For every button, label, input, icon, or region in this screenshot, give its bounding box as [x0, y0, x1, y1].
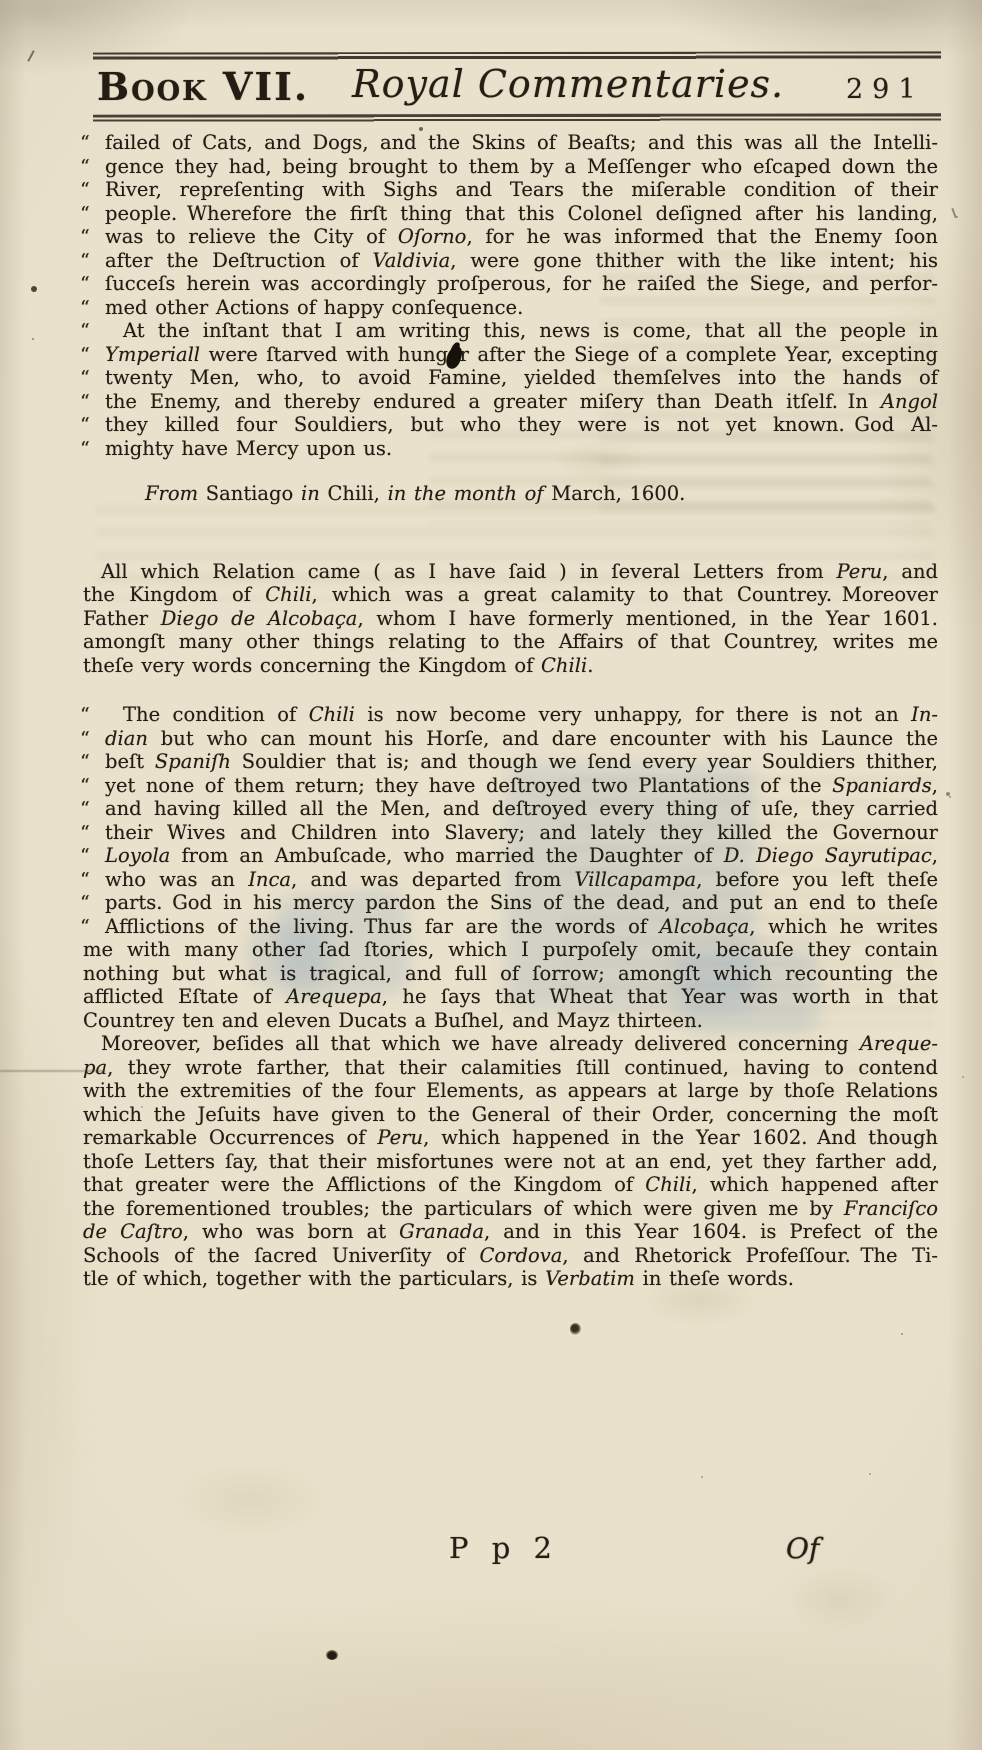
- line-segments: afflicted Eſtate of Arequepa, he ſays th…: [83, 985, 938, 1008]
- text-segment: , he ſays that Wheat that Year was worth…: [382, 985, 938, 1008]
- italic-segment: Chili: [309, 703, 355, 726]
- line-segments: River, repreſenting with Sighs and Tears…: [105, 178, 938, 201]
- text-segment: and having killed all the Men, and deſtr…: [105, 797, 938, 820]
- margin-mark: [946, 792, 950, 796]
- text-segment: , which happened in the Year 1602. And t…: [423, 1126, 938, 1149]
- text-line: afflicted Eſtate of Arequepa, he ſays th…: [83, 985, 938, 1009]
- line-segments: gence they had, being brought to them by…: [105, 155, 938, 178]
- quote-mark: “: [80, 203, 89, 227]
- text-segment: nothing but what is tragical, and full o…: [83, 962, 938, 985]
- text-line: Countrey ten and eleven Ducats a Buſhel,…: [83, 1009, 938, 1033]
- text-line: “and having killed all the Men, and deſt…: [83, 797, 938, 821]
- line-segments: theſe very words concerning the Kingdom …: [83, 654, 593, 677]
- text-line: “Loyola from an Ambuſcade, who married t…: [83, 844, 938, 868]
- quote-mark: “: [80, 344, 89, 368]
- text-segment: River, repreſenting with Sighs and Tears…: [105, 178, 938, 201]
- line-segments: people. Wherefore the firſt thing that t…: [105, 202, 938, 225]
- text-segment: , and was departed from: [291, 868, 574, 891]
- line-segments: with the extremities of the four Element…: [83, 1079, 938, 1102]
- ink-spot: [570, 1323, 581, 1335]
- text-segment: amongſt many other things relating to th…: [83, 630, 938, 653]
- line-segments: From Santiago in Chili, in the month of …: [145, 482, 685, 505]
- line-segments: which the Jeſuits have given to the Gene…: [83, 1103, 938, 1126]
- text-segment: parts. God in his mercy pardon the Sins …: [105, 891, 938, 914]
- text-line: “Ymperiall were ſtarved with hunger afte…: [83, 343, 938, 367]
- text-segment: was to relieve the City of: [105, 225, 398, 248]
- line-segments: beſt Spaniſh Souldier that is; and thoug…: [105, 750, 938, 773]
- text-line: “after the Deſtruction of Valdivia, were…: [83, 249, 938, 273]
- text-line: “mighty have Mercy upon us.: [83, 437, 938, 461]
- line-segments: parts. God in his mercy pardon the Sins …: [105, 891, 938, 914]
- margin-mark: [27, 50, 34, 62]
- italic-segment: Valdivia: [372, 249, 450, 272]
- quoted-letter-chili: “The condition of Chili is now become ve…: [83, 703, 938, 1032]
- quote-mark: “: [80, 414, 89, 438]
- text-line: From Santiago in Chili, in the month of …: [145, 482, 938, 506]
- text-line: “people. Wherefore the firſt thing that …: [83, 202, 938, 226]
- text-line: “At the inſtant that I am writing this, …: [83, 319, 938, 343]
- text-segment: , were gone thither with the like intent…: [450, 249, 938, 272]
- text-line: thoſe Letters ſay, that their misfortune…: [83, 1150, 938, 1174]
- text-segment: med other Actions of happy conſequence.: [105, 296, 523, 319]
- quote-mark: “: [80, 297, 89, 321]
- text-line: the Kingdom of Chili, which was a great …: [83, 583, 938, 607]
- italic-segment: Cordova: [480, 1244, 563, 1267]
- italic-segment: Oſorno: [398, 225, 467, 248]
- text-segment: that greater were the Afflictions of the…: [83, 1173, 645, 1196]
- quote-mark: “: [80, 869, 89, 893]
- quote-mark: “: [80, 367, 89, 391]
- text-segment: ,: [932, 774, 938, 797]
- italic-segment: Diego de Alcobaça: [161, 607, 358, 630]
- line-segments: Schools of the ſacred Univerſity of Cord…: [83, 1244, 938, 1267]
- quote-mark: “: [80, 132, 89, 156]
- line-segments: Countrey ten and eleven Ducats a Buſhel,…: [83, 1009, 703, 1032]
- text-line: nothing but what is tragical, and full o…: [83, 962, 938, 986]
- text-segment: All which Relation came ( as I have ſaid…: [101, 560, 837, 583]
- ink-spot: [326, 1650, 338, 1660]
- quote-mark: “: [80, 179, 89, 203]
- margin-dot: [31, 286, 37, 292]
- line-segments: nothing but what is tragical, and full o…: [83, 962, 938, 985]
- italic-segment: in the month of: [388, 482, 544, 505]
- text-line: “was to relieve the City of Oſorno, for …: [83, 225, 938, 249]
- line-segments: after the Deſtruction of Valdivia, were …: [105, 249, 938, 272]
- line-segments: All which Relation came ( as I have ſaid…: [83, 560, 938, 583]
- text-line: Schools of the ſacred Univerſity of Cord…: [83, 1244, 938, 1268]
- text-line: theſe very words concerning the Kingdom …: [83, 654, 938, 678]
- paper-crease: [0, 1070, 105, 1072]
- text-segment: yet none of them return; they have deſtr…: [105, 774, 832, 797]
- text-line: amongſt many other things relating to th…: [83, 630, 938, 654]
- text-segment: they killed four Souldiers, but who they…: [105, 413, 938, 436]
- italic-segment: Arequepa: [286, 985, 382, 1008]
- text-line: remarkable Occurrences of Peru, which ha…: [83, 1126, 938, 1150]
- text-line: “twenty Men, who, to avoid Famine, yield…: [83, 366, 938, 390]
- quote-mark: “: [80, 845, 89, 869]
- relation-summary: All which Relation came ( as I have ſaid…: [83, 560, 938, 678]
- text-segment: Chili,: [320, 482, 388, 505]
- text-segment: ,: [932, 844, 938, 867]
- text-segment: their Wives and Children into Slavery; a…: [105, 821, 938, 844]
- quote-mark: “: [80, 704, 89, 728]
- quote-mark: “: [80, 751, 89, 775]
- book-label: Book VII.: [97, 64, 309, 109]
- line-segments: tle of which, together with the particul…: [83, 1267, 794, 1290]
- text-line: “parts. God in his mercy pardon the Sins…: [83, 891, 938, 915]
- line-segments: twenty Men, who, to avoid Famine, yielde…: [105, 366, 938, 389]
- italic-segment: Spaniards: [832, 774, 932, 797]
- text-segment: is now become very unhappy, for there is…: [355, 703, 911, 726]
- text-segment: afflicted Eſtate of: [83, 985, 286, 1008]
- italic-segment: Alcobaça: [660, 915, 750, 938]
- line-segments: Moreover, beſides all that which we have…: [83, 1032, 938, 1055]
- text-line: “beſt Spaniſh Souldier that is; and thou…: [83, 750, 938, 774]
- line-segments: failed of Cats, and Dogs, and the Skins …: [105, 131, 938, 154]
- italic-segment: Inca: [248, 868, 291, 891]
- text-line: “River, repreſenting with Sighs and Tear…: [83, 178, 938, 202]
- text-segment: , which was a great calamity to that Cou…: [311, 583, 938, 606]
- text-segment: ſucceſs herein was accordingly proſperou…: [105, 272, 938, 295]
- italic-segment: From: [145, 482, 198, 505]
- text-segment: Father: [83, 607, 161, 630]
- quote-mark: “: [80, 728, 89, 752]
- text-segment: , whom I have formerly mentioned, in the…: [357, 607, 938, 630]
- line-segments: and having killed all the Men, and deſtr…: [105, 797, 938, 820]
- line-segments: remarkable Occurrences of Peru, which ha…: [83, 1126, 938, 1149]
- text-segment: gence they had, being brought to them by…: [105, 155, 938, 178]
- italic-segment: Peru: [377, 1126, 423, 1149]
- line-segments: thoſe Letters ſay, that their misfortune…: [83, 1150, 938, 1173]
- arequepa-moreover: Moreover, beſides all that which we have…: [83, 1032, 938, 1291]
- italic-segment: Angol: [881, 390, 938, 413]
- text-segment: Santiago: [198, 482, 301, 505]
- line-segments: they killed four Souldiers, but who they…: [105, 413, 938, 436]
- italic-segment: Chili: [541, 654, 587, 677]
- italic-segment: Granada: [399, 1220, 484, 1243]
- line-segments: who was an Inca, and was departed from V…: [105, 868, 938, 891]
- text-segment: , and Rhetorick Profeſſour. The Ti-: [562, 1244, 938, 1267]
- text-line: “the Enemy, and thereby endured a greate…: [83, 390, 938, 414]
- italic-segment: Villcapampa: [574, 868, 696, 891]
- text-segment: The condition of: [123, 703, 309, 726]
- text-line: Father Diego de Alcobaça, whom I have fo…: [83, 607, 938, 631]
- line-segments: me with many other ſad ſtories, which I …: [83, 938, 938, 961]
- text-segment: the forementioned troubles; the particul…: [83, 1197, 844, 1220]
- text-line: me with many other ſad ſtories, which I …: [83, 938, 938, 962]
- line-segments: de Caſtro, who was born at Granada, and …: [83, 1220, 938, 1243]
- text-line: All which Relation came ( as I have ſaid…: [83, 560, 938, 584]
- text-line: “they killed four Souldiers, but who the…: [83, 413, 938, 437]
- text-segment: .: [587, 654, 593, 677]
- text-segment: , they wrote farther, that their calamit…: [107, 1056, 938, 1079]
- book-page-scan: Book VII. Royal Commentaries. 291 “faile…: [0, 0, 982, 1750]
- italic-segment: Verbatim: [545, 1267, 635, 1290]
- text-segment: Schools of the ſacred Univerſity of: [83, 1244, 480, 1267]
- text-segment: from an Ambuſcade, who married the Daugh…: [170, 844, 723, 867]
- margin-mark: [951, 208, 956, 218]
- italic-segment: de Caſtro: [83, 1220, 183, 1243]
- text-segment: , who was born at: [183, 1220, 399, 1243]
- text-line: “yet none of them return; they have deſt…: [83, 774, 938, 798]
- line-segments: dian but who can mount his Horſe, and da…: [105, 727, 938, 750]
- italic-segment: Peru: [837, 560, 883, 583]
- italic-segment: in: [301, 482, 320, 505]
- text-line: pa, they wrote farther, that their calam…: [83, 1056, 938, 1080]
- line-segments: Afflictions of the living. Thus far are …: [105, 915, 938, 938]
- line-segments: mighty have Mercy upon us.: [105, 437, 392, 460]
- text-segment: theſe very words concerning the Kingdom …: [83, 654, 541, 677]
- text-segment: mighty have Mercy upon us.: [105, 437, 392, 460]
- line-segments: their Wives and Children into Slavery; a…: [105, 821, 938, 844]
- text-segment: but who can mount his Horſe, and dare en…: [148, 727, 938, 750]
- text-segment: failed of Cats, and Dogs, and the Skins …: [105, 131, 938, 154]
- line-segments: the Enemy, and thereby endured a greater…: [105, 390, 938, 413]
- quote-mark: “: [80, 391, 89, 415]
- text-line: “who was an Inca, and was departed from …: [83, 868, 938, 892]
- text-segment: in theſe words.: [635, 1267, 794, 1290]
- text-segment: , and: [882, 560, 938, 583]
- text-segment: which the Jeſuits have given to the Gene…: [83, 1103, 938, 1126]
- text-segment: , which happened after: [691, 1173, 938, 1196]
- italic-segment: dian: [105, 727, 148, 750]
- line-segments: At the inſtant that I am writing this, n…: [105, 319, 938, 342]
- text-segment: thoſe Letters ſay, that their misfortune…: [83, 1150, 938, 1173]
- header-rule-top: [93, 51, 941, 60]
- line-segments: was to relieve the City of Oſorno, for h…: [105, 225, 938, 248]
- paper-specks: [419, 127, 423, 131]
- text-segment: Afflictions of the living. Thus far are …: [105, 915, 660, 938]
- text-line: “dian but who can mount his Horſe, and d…: [83, 727, 938, 751]
- line-segments: Loyola from an Ambuſcade, who married th…: [105, 844, 938, 867]
- dateline: From Santiago in Chili, in the month of …: [145, 482, 938, 506]
- quote-mark: “: [80, 822, 89, 846]
- text-segment: tle of which, together with the particul…: [83, 1267, 545, 1290]
- italic-segment: Chili: [645, 1173, 691, 1196]
- quote-mark: “: [80, 438, 89, 462]
- text-segment: Souldier that is; and though we ſend eve…: [231, 750, 938, 773]
- quote-mark: “: [80, 892, 89, 916]
- header-rule-bottom: [93, 113, 941, 122]
- italic-segment: Spaniſh: [155, 750, 231, 773]
- italic-segment: pa: [83, 1056, 107, 1079]
- text-line: tle of which, together with the particul…: [83, 1267, 938, 1291]
- text-segment: the Enemy, and thereby endured a greater…: [105, 390, 881, 413]
- signature-mark: P p 2: [449, 1531, 559, 1565]
- italic-segment: In-: [911, 703, 938, 726]
- text-segment: , for he was informed that the Enemy ſoo…: [466, 225, 938, 248]
- text-segment: Countrey ten and eleven Ducats a Buſhel,…: [83, 1009, 703, 1032]
- text-line: which the Jeſuits have given to the Gene…: [83, 1103, 938, 1127]
- text-line: de Caſtro, who was born at Granada, and …: [83, 1220, 938, 1244]
- quote-mark: “: [80, 320, 89, 344]
- text-segment: , before you left theſe: [696, 868, 938, 891]
- text-segment: with the extremities of the four Element…: [83, 1079, 938, 1102]
- catchword: Of: [786, 1532, 819, 1565]
- italic-segment: Franciſco: [844, 1197, 938, 1220]
- italic-segment: Areque-: [860, 1032, 938, 1055]
- line-segments: amongſt many other things relating to th…: [83, 630, 938, 653]
- text-segment: twenty Men, who, to avoid Famine, yielde…: [105, 366, 938, 389]
- quote-mark: “: [80, 226, 89, 250]
- text-segment: , which he writes: [749, 915, 938, 938]
- quote-mark: “: [80, 250, 89, 274]
- text-line: “their Wives and Children into Slavery; …: [83, 821, 938, 845]
- line-segments: med other Actions of happy conſequence.: [105, 296, 523, 319]
- text-segment: were ſtarved with hunger after the Siege…: [200, 343, 938, 366]
- line-segments: the Kingdom of Chili, which was a great …: [83, 583, 938, 606]
- line-segments: yet none of them return; they have deſtr…: [105, 774, 938, 797]
- running-title: Royal Commentaries.: [352, 62, 784, 106]
- italic-segment: Loyola: [105, 844, 170, 867]
- text-segment: me with many other ſad ſtories, which I …: [83, 938, 938, 961]
- text-segment: the Kingdom of: [83, 583, 265, 606]
- line-segments: that greater were the Afflictions of the…: [83, 1173, 938, 1196]
- text-line: with the extremities of the four Element…: [83, 1079, 938, 1103]
- text-segment: March, 1600.: [544, 482, 686, 505]
- quote-mark: “: [80, 273, 89, 297]
- text-segment: remarkable Occurrences of: [83, 1126, 377, 1149]
- text-line: that greater were the Afflictions of the…: [83, 1173, 938, 1197]
- quote-mark: “: [80, 916, 89, 940]
- text-segment: people. Wherefore the firſt thing that t…: [105, 202, 938, 225]
- page-number: 291: [846, 74, 925, 105]
- italic-segment: Chili: [265, 583, 311, 606]
- quote-mark: “: [80, 798, 89, 822]
- text-line: “med other Actions of happy conſequence.: [83, 296, 938, 320]
- quoted-letter-continuation: “failed of Cats, and Dogs, and the Skins…: [83, 131, 938, 319]
- text-segment: who was an: [105, 868, 248, 891]
- text-line: “The condition of Chili is now become ve…: [83, 703, 938, 727]
- text-segment: , and in this Year 1604. is Prefect of t…: [484, 1220, 938, 1243]
- quote-mark: “: [80, 775, 89, 799]
- text-line: the forementioned troubles; the particul…: [83, 1197, 938, 1221]
- text-line: “Afflictions of the living. Thus far are…: [83, 915, 938, 939]
- text-line: Moreover, beſides all that which we have…: [83, 1032, 938, 1056]
- line-segments: Ymperiall were ſtarved with hunger after…: [105, 343, 938, 366]
- text-segment: Moreover, beſides all that which we have…: [101, 1032, 860, 1055]
- line-segments: The condition of Chili is now become ver…: [105, 703, 938, 726]
- line-segments: Father Diego de Alcobaça, whom I have fo…: [83, 607, 938, 630]
- line-segments: ſucceſs herein was accordingly proſperou…: [105, 272, 938, 295]
- text-segment: At the inſtant that I am writing this, n…: [123, 319, 938, 342]
- text-line: “ſucceſs herein was accordingly proſpero…: [83, 272, 938, 296]
- quoted-letter-news: “At the inſtant that I am writing this, …: [83, 319, 938, 460]
- page-body: “failed of Cats, and Dogs, and the Skins…: [83, 131, 938, 1291]
- text-segment: beſt: [105, 750, 155, 773]
- italic-segment: D. Diego Sayrutipac: [724, 844, 932, 867]
- italic-segment: Ymperiall: [105, 343, 200, 366]
- text-line: “failed of Cats, and Dogs, and the Skins…: [83, 131, 938, 155]
- quote-mark: “: [80, 156, 89, 180]
- text-line: “gence they had, being brought to them b…: [83, 155, 938, 179]
- line-segments: the forementioned troubles; the particul…: [83, 1197, 938, 1220]
- line-segments: pa, they wrote farther, that their calam…: [83, 1056, 938, 1079]
- text-segment: after the Deſtruction of: [105, 249, 372, 272]
